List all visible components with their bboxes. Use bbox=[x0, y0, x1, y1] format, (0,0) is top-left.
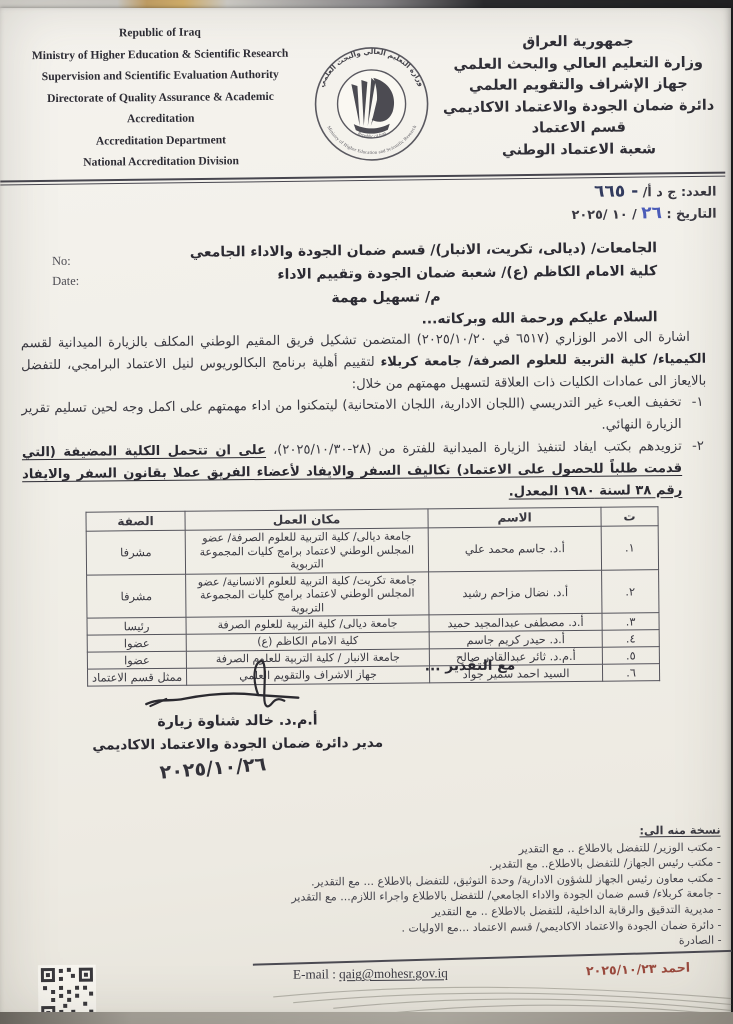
desk-surface bbox=[0, 1012, 733, 1024]
intro-paragraph: اشارة الى الامر الوزاري (٦٥١٧ في ٢٠٢٥/١٠… bbox=[21, 327, 707, 399]
item-2-text: تزويدهم بكتب ايفاد لتنفيذ الزيارة الميدا… bbox=[266, 439, 682, 458]
intro-bold: الكيمياء/ كلية التربية للعلوم الصرفة/ جا… bbox=[380, 352, 706, 370]
letterhead-en-line: Accreditation Department bbox=[13, 128, 309, 152]
table-row: ٢. أ.د. نضال مزاحم رشيد جامعة تكريت/ كلي… bbox=[87, 569, 659, 618]
letterhead-arabic: جمهورية العراق وزارة التعليم العالي والب… bbox=[437, 31, 720, 163]
letterhead-en-line: Directorate of Quality Assurance & Acade… bbox=[12, 85, 308, 131]
reference-number-handwritten: - ٦٦٥ bbox=[594, 181, 638, 201]
no-date-labels: No: Date: bbox=[52, 251, 79, 291]
email-label: E-mail : bbox=[293, 966, 339, 981]
date-label-en: Date: bbox=[52, 271, 79, 291]
reference-date-label: التاريخ : bbox=[666, 207, 716, 222]
cell-num: ١. bbox=[601, 526, 658, 570]
letterhead-en-line: National Accreditation Division bbox=[13, 150, 309, 174]
cell-workplace: جامعة تكريت/ كلية التربية للعلوم الانسان… bbox=[186, 571, 429, 617]
reference-block: العدد: ج د أ/ - ٦٦٥ التاريخ : ٢٦ / ١٠ /٢… bbox=[571, 181, 716, 226]
letterhead-ar-line: جهاز الإشراف والتقويم العلمي bbox=[437, 74, 719, 98]
cell-num: ٤. bbox=[602, 630, 659, 648]
signatory-title: مدير دائرة ضمان الجودة والاعتماد الاكادي… bbox=[43, 734, 433, 754]
table-row: ١. أ.د. جاسم محمد علي جامعة ديالى/ كلية … bbox=[86, 526, 658, 575]
signature-scribble bbox=[140, 656, 336, 716]
item-1-number: ١- bbox=[692, 392, 704, 414]
addressee-block: الجامعات/ (ديالى، تكريت، الانبار)/ قسم ض… bbox=[190, 237, 658, 286]
cell-workplace: جامعة ديالى/ كلية التربية للعلوم الصرفة/… bbox=[185, 528, 428, 574]
reference-number-line: العدد: ج د أ/ - ٦٦٥ bbox=[571, 181, 716, 204]
reference-date-day-handwritten: ٢٦ bbox=[641, 203, 662, 223]
cell-name: أ.د. نضال مزاحم رشيد bbox=[429, 570, 602, 615]
cc-block: نسخة منه الى: - مكتب الوزير/ للتفضل بالا… bbox=[291, 823, 722, 953]
ministry-seal-logo: وزارة التعليم العالي والبحث العلمي Minis… bbox=[307, 37, 436, 174]
item-2-number: ٢- bbox=[692, 436, 704, 458]
cell-role: مشرفا bbox=[86, 530, 185, 574]
letterhead-en-line: Supervision and Scientific Evaluation Au… bbox=[12, 64, 308, 88]
letterhead-ar-line: جمهورية العراق bbox=[437, 31, 719, 55]
col-header-num: ت bbox=[601, 507, 658, 527]
list-item-2: ٢- تزويدهم بكتب ايفاد لتنفيذ الزيارة الم… bbox=[22, 436, 708, 508]
letterhead-ar-line: قسم الاعتماد bbox=[438, 117, 720, 141]
letterhead-ar-line: شعبة الاعتماد الوطني bbox=[438, 138, 720, 162]
cell-name: أ.د. حيدر كريم جاسم bbox=[429, 630, 602, 649]
col-header-role: الصفة bbox=[86, 511, 185, 531]
signatory-name: أ.م.د. خالد شناوة زيارة bbox=[72, 712, 402, 731]
letterhead-english: Republic of Iraq Ministry of Higher Educ… bbox=[12, 21, 309, 174]
cell-role: مشرفا bbox=[87, 574, 186, 618]
letterhead-en-line: Ministry of Higher Education & Scientifi… bbox=[12, 42, 308, 66]
reference-date-line: التاريخ : ٢٦ / ١٠ /٢٠٢٥ bbox=[571, 203, 716, 226]
letterhead-ar-line: دائرة ضمان الجودة والاعتماد الاكاديمي bbox=[438, 95, 720, 119]
letterhead-en-line: Republic of Iraq bbox=[12, 21, 308, 45]
cc-item: - الصادرة bbox=[292, 933, 722, 953]
col-header-workplace: مكان العمل bbox=[185, 509, 428, 530]
reference-date-rest: / ١٠ /٢٠٢٥ bbox=[572, 207, 642, 223]
scanned-letter-photo: Republic of Iraq Ministry of Higher Educ… bbox=[0, 0, 733, 1024]
letterhead-ar-line: وزارة التعليم العالي والبحث العلمي bbox=[437, 52, 719, 76]
intro-start: اشارة الى الامر الوزاري (٦٥١٧ في ٢٠٢٥/١٠… bbox=[21, 330, 690, 351]
letter-body: اشارة الى الامر الوزاري (٦٥١٧ في ٢٠٢٥/١٠… bbox=[21, 327, 708, 508]
letter-paper: Republic of Iraq Ministry of Higher Educ… bbox=[0, 8, 731, 1014]
subject-line: م/ تسهيل مهمة bbox=[0, 286, 729, 309]
item-1-text: تخفيف العبء غير التدريسي (اللجان الاداري… bbox=[21, 395, 681, 433]
email-address: qaig@mohesr.gov.iq bbox=[339, 965, 448, 981]
col-header-name: الاسم bbox=[428, 507, 601, 528]
cell-num: ٣. bbox=[602, 613, 659, 631]
cell-role: عضوا bbox=[87, 634, 186, 652]
cell-name: أ.د. مصطفى عبدالمجيد حميد bbox=[429, 613, 602, 632]
no-label: No: bbox=[52, 251, 79, 271]
cell-num: ٢. bbox=[602, 569, 659, 613]
letter-content: Republic of Iraq Ministry of Higher Educ… bbox=[0, 5, 733, 1018]
reference-number-label: العدد: ج د أ/ bbox=[643, 185, 717, 201]
cell-role: رئيسا bbox=[87, 617, 186, 635]
cell-name: أ.د. جاسم محمد علي bbox=[428, 526, 601, 571]
signature-date-handwritten: ٢٠٢٥/١٠/٢٦ bbox=[92, 748, 333, 789]
addressee-line-2: كلية الامام الكاظم (ع)/ شعبة ضمان الجودة… bbox=[190, 260, 657, 287]
salutation: السلام عليكم ورحمة الله وبركاته... bbox=[421, 309, 657, 327]
list-item-1: ١- تخفيف العبء غير التدريسي (اللجان الاد… bbox=[21, 392, 706, 442]
